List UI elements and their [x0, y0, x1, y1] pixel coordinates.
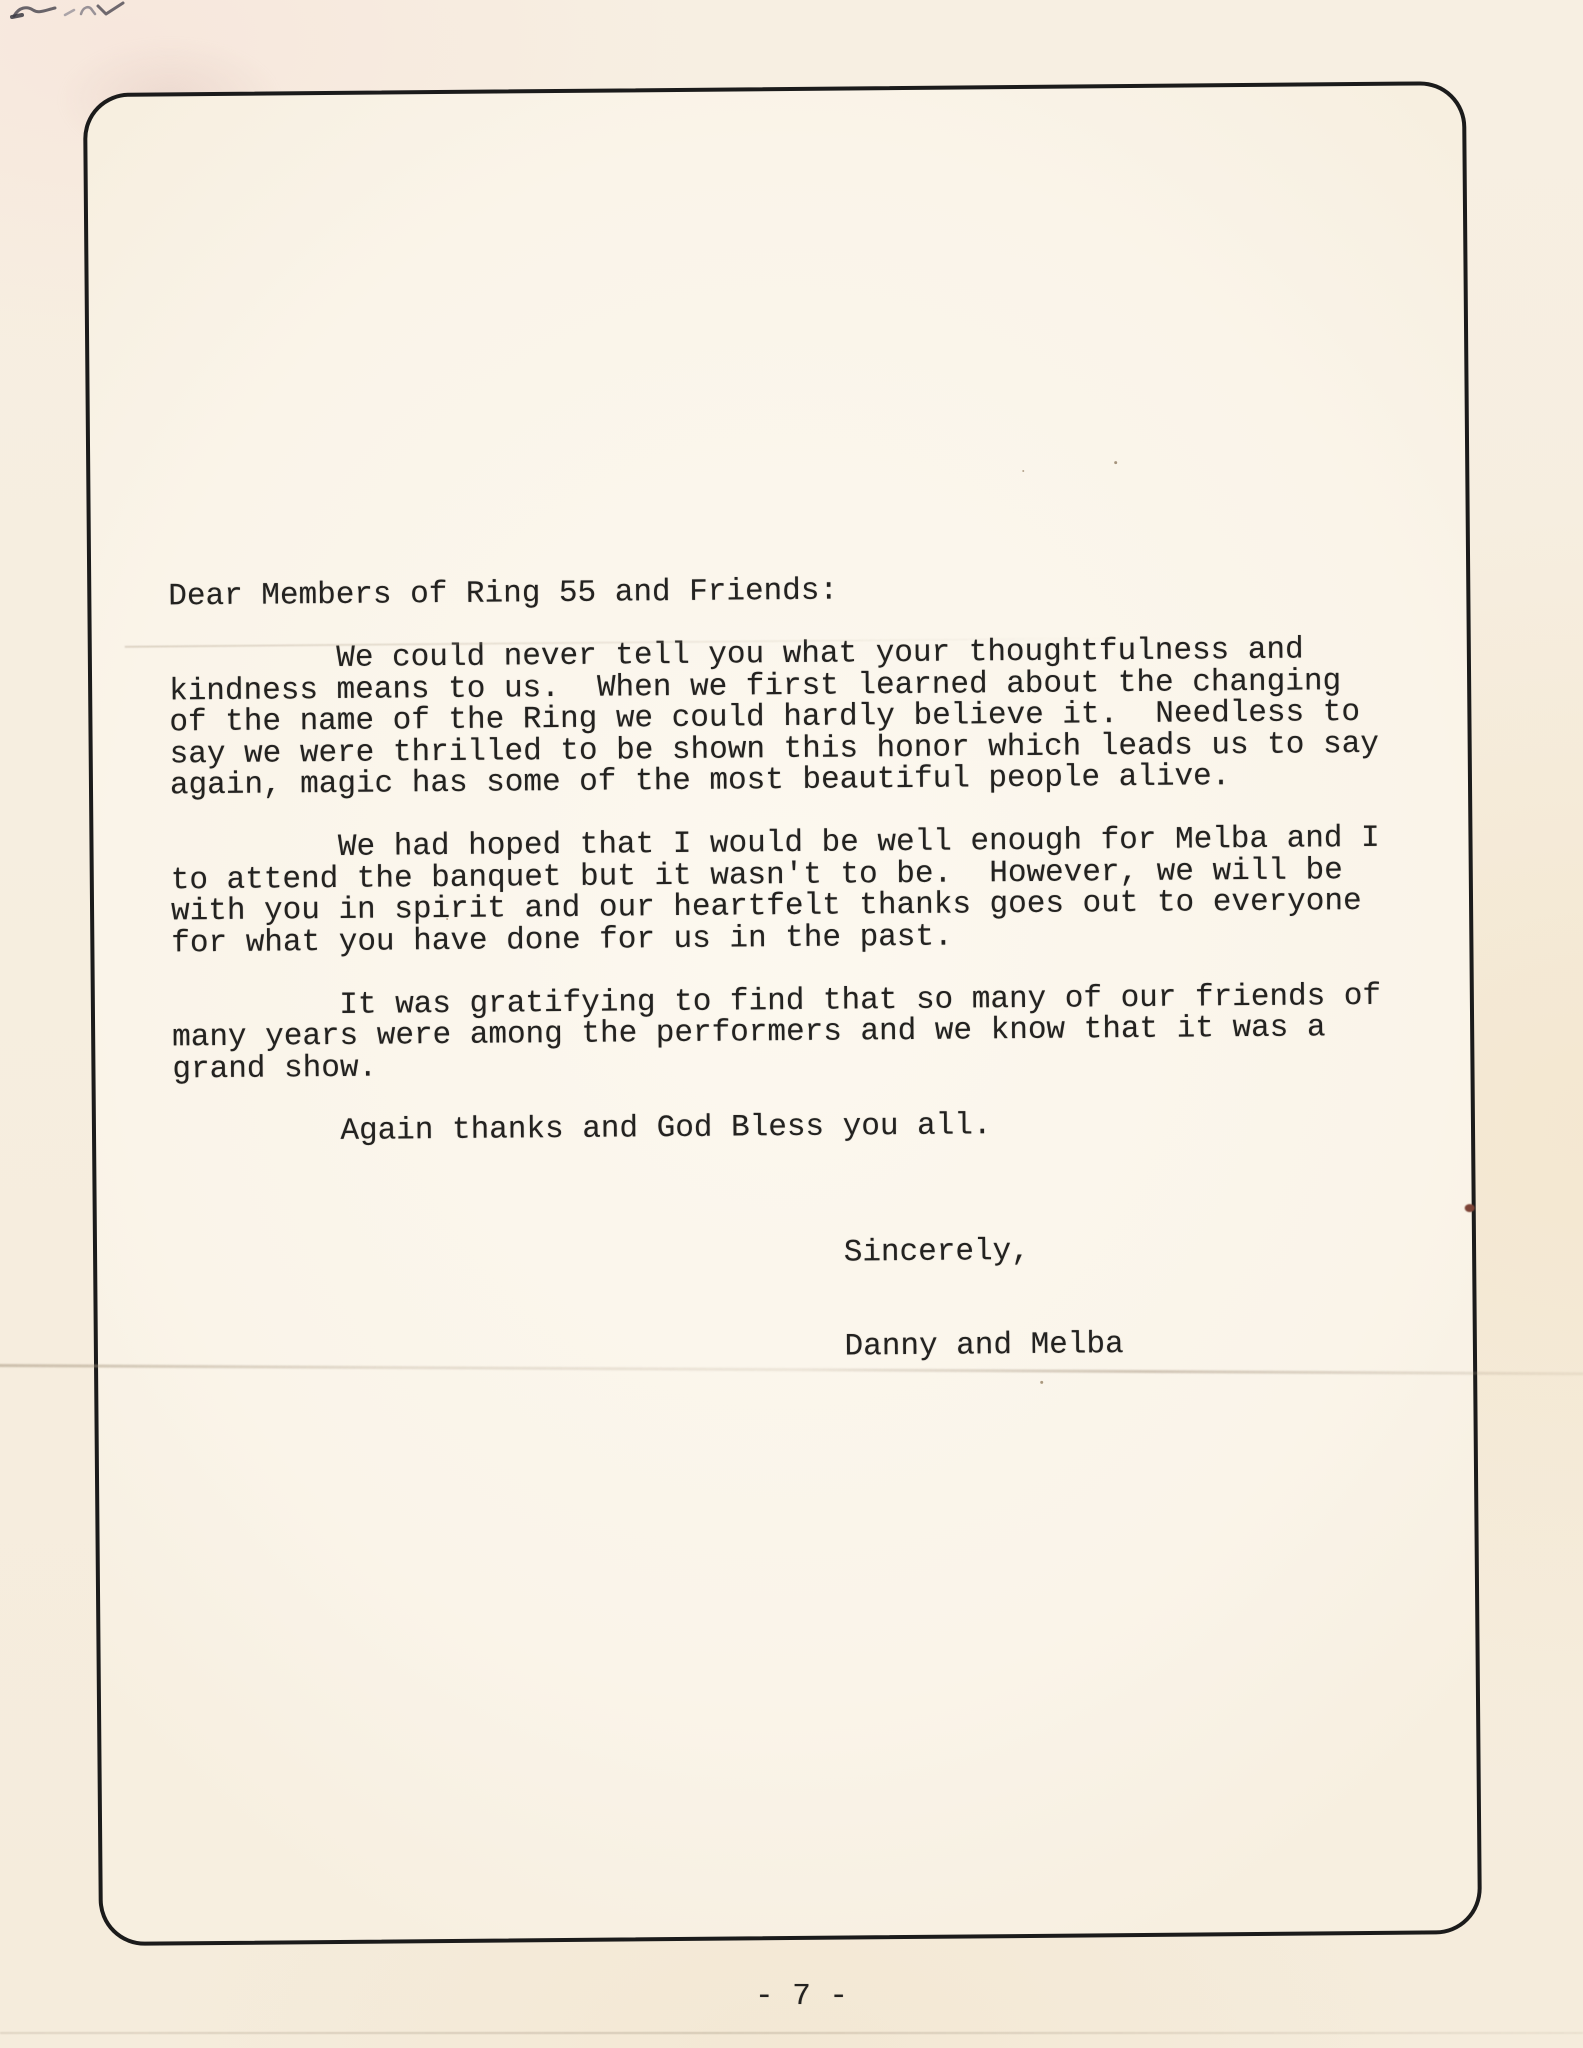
page-number: - 7 - [755, 1981, 848, 2013]
letter-body: Dear Members of Ring 55 and Friends: We … [168, 571, 1384, 1369]
scanned-page: Dear Members of Ring 55 and Friends: We … [0, 0, 1583, 2048]
letter-sheet: Dear Members of Ring 55 and Friends: We … [0, 0, 1583, 2048]
